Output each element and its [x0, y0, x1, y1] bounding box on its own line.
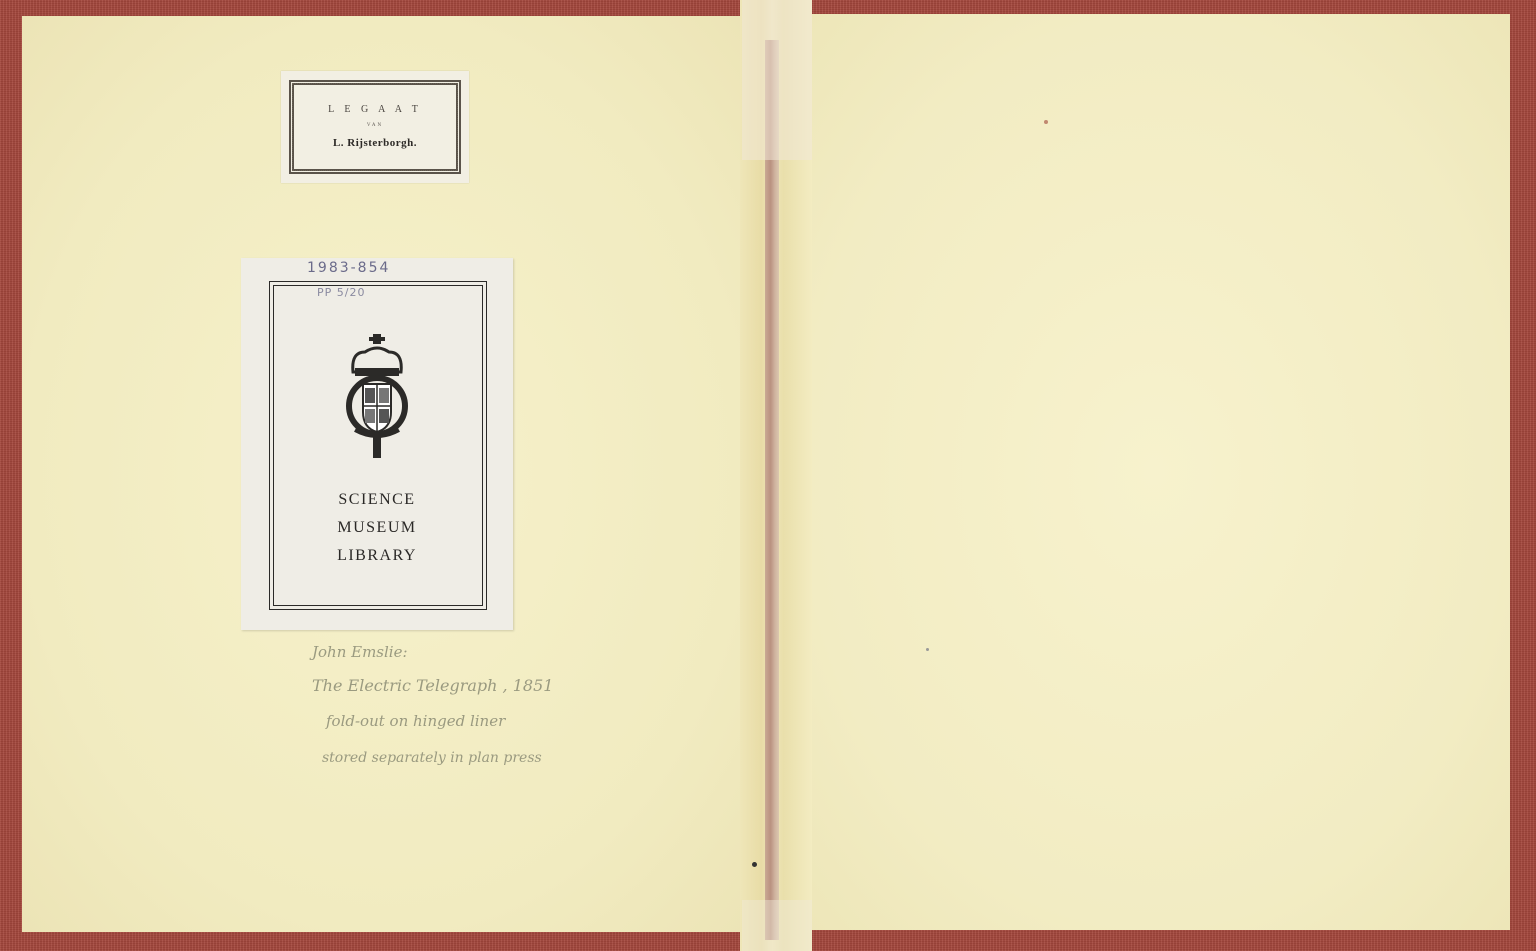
accession-number: 1983-854 — [307, 260, 390, 276]
legaat-title: L E G A A T — [281, 104, 469, 115]
library-name-line-1: SCIENCE — [241, 491, 513, 509]
pencil-note-title: The Electric Telegraph , 1851 — [312, 676, 553, 695]
pin-hole — [752, 862, 757, 867]
paper-speck — [1044, 120, 1048, 124]
pencil-note-storage: stored separately in plan press — [322, 750, 542, 766]
free-endpaper — [800, 14, 1510, 930]
royal-crest-icon — [345, 334, 409, 460]
legaat-van: VAN — [281, 123, 469, 128]
paper-speck — [926, 648, 929, 651]
science-museum-library-bookplate: 1983-854 PP 5/20 SCIENCE MUSEUM LIBRARY — [241, 258, 513, 630]
torn-hinge-strip — [765, 40, 779, 940]
legaat-name: L. Rijsterborgh. — [281, 137, 469, 149]
repair-tape-top — [742, 0, 812, 160]
library-name-line-2: MUSEUM — [241, 519, 513, 537]
shelf-mark: PP 5/20 — [317, 286, 365, 299]
pencil-note-foldout: fold-out on hinged liner — [326, 712, 505, 730]
repair-tape-bottom — [742, 900, 812, 951]
pencil-note-author: John Emslie: — [312, 643, 408, 661]
library-name-line-3: LIBRARY — [241, 547, 513, 565]
legaat-bookplate: L E G A A T VAN L. Rijsterborgh. — [281, 71, 469, 183]
